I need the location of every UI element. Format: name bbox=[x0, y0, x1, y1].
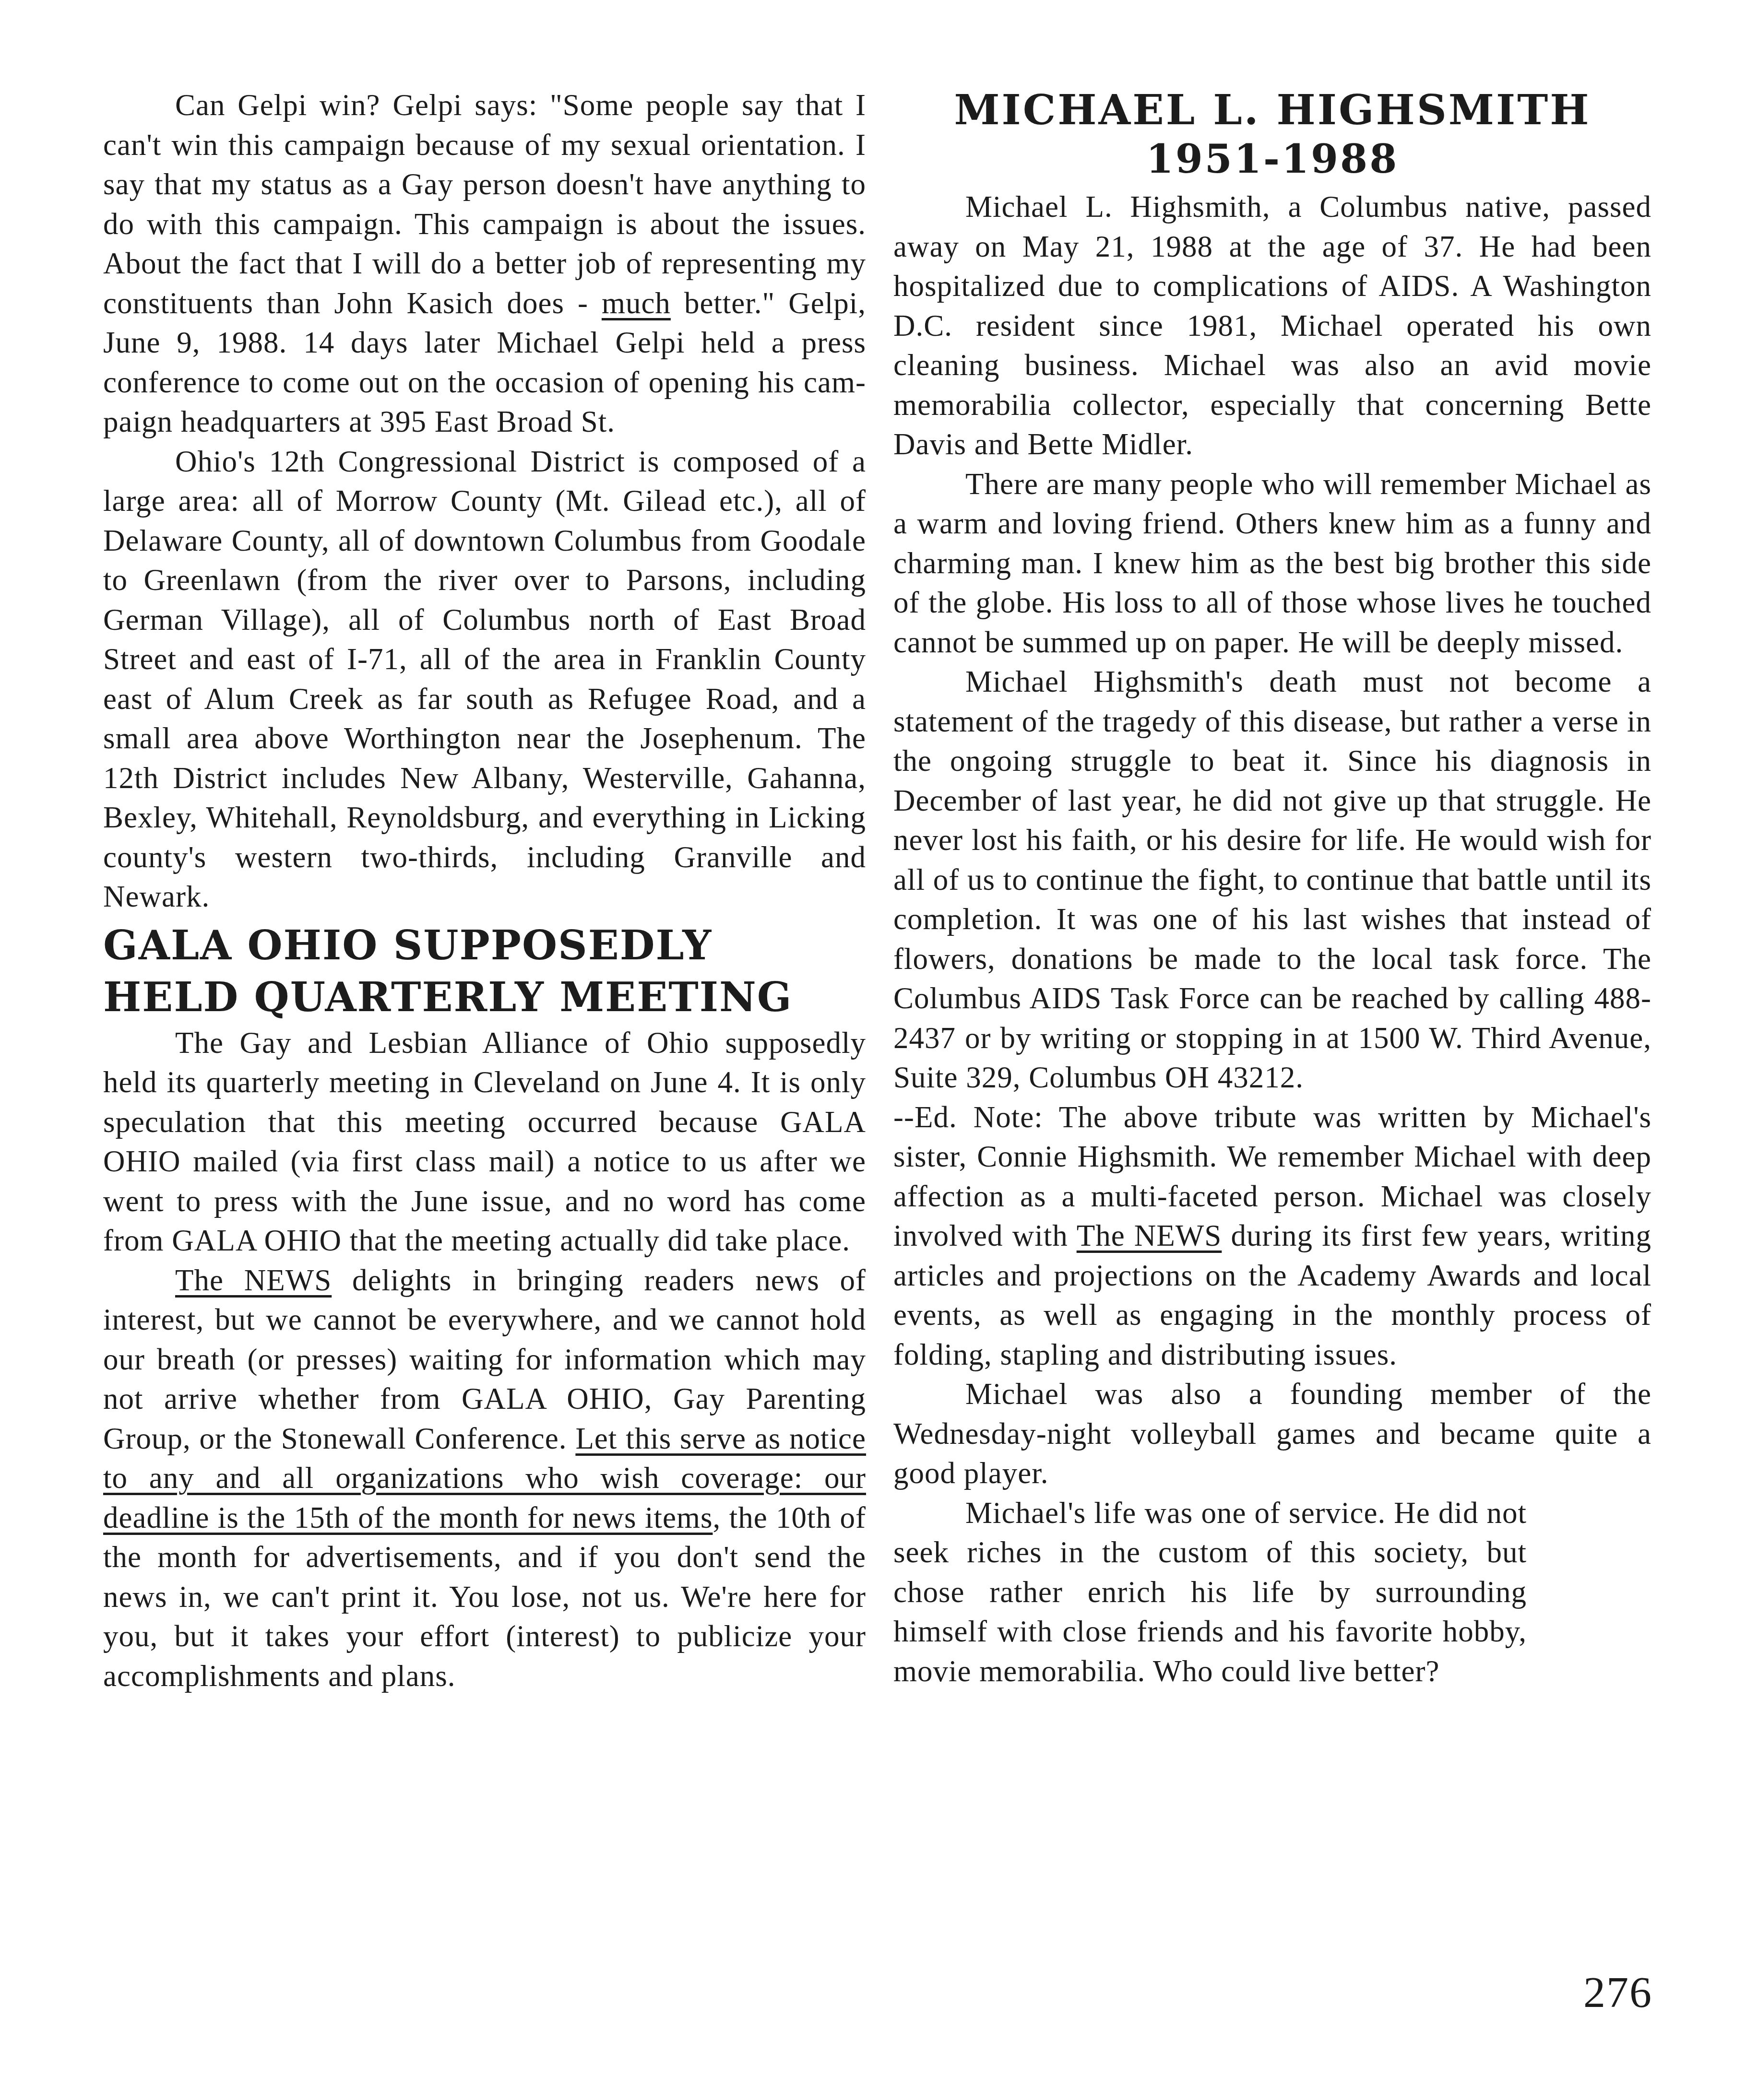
the-news-masthead-ref: The NEWS bbox=[1077, 1219, 1222, 1252]
obituary-paragraph-2: There are many people who will remember … bbox=[893, 464, 1651, 662]
page-number: 276 bbox=[1583, 1967, 1652, 2017]
gala-headline-line1: GALA OHIO SUPPOSEDLY bbox=[103, 921, 712, 969]
gala-headline-line2: HELD QUARTERLY MEETING bbox=[103, 973, 792, 1021]
district-paragraph: Ohio's 12th Congressional District is co… bbox=[103, 442, 866, 917]
right-column: MICHAEL L. HIGHSMITH 1951-1988 Michael L… bbox=[893, 85, 1651, 1691]
obituary-paragraph-3: Michael Highsmith's death must not becom… bbox=[893, 662, 1651, 1097]
gelpi-quote-paragraph: Can Gelpi win? Gelpi says: "Some people … bbox=[103, 85, 866, 442]
the-news-masthead-ref: The NEWS bbox=[175, 1263, 332, 1297]
left-column: Can Gelpi win? Gelpi says: "Some people … bbox=[103, 85, 866, 1696]
gala-paragraph-2: The NEWS delights in bringing readers ne… bbox=[103, 1261, 866, 1696]
obituary-paragraph-1: Michael L. Highsmith, a Columbus native,… bbox=[893, 187, 1651, 464]
obituary-paragraph-6: Michael's life was one of service. He di… bbox=[893, 1493, 1651, 1691]
emphasis-much: much bbox=[602, 286, 671, 320]
gala-headline: GALA OHIO SUPPOSEDLY HELD QUARTERLY MEET… bbox=[103, 920, 866, 1023]
gelpi-quote-text: Can Gelpi win? Gelpi says: "Some people … bbox=[103, 88, 866, 320]
obituary-paragraph-5: Michael was also a founding member of th… bbox=[893, 1374, 1651, 1493]
obituary-title: MICHAEL L. HIGHSMITH bbox=[893, 85, 1651, 135]
obituary-years: 1951-1988 bbox=[893, 135, 1651, 183]
editor-note: --Ed. Note: The above tribute was writte… bbox=[893, 1097, 1651, 1375]
gala-paragraph-1: The Gay and Lesbian Alliance of Ohio sup… bbox=[103, 1023, 866, 1261]
